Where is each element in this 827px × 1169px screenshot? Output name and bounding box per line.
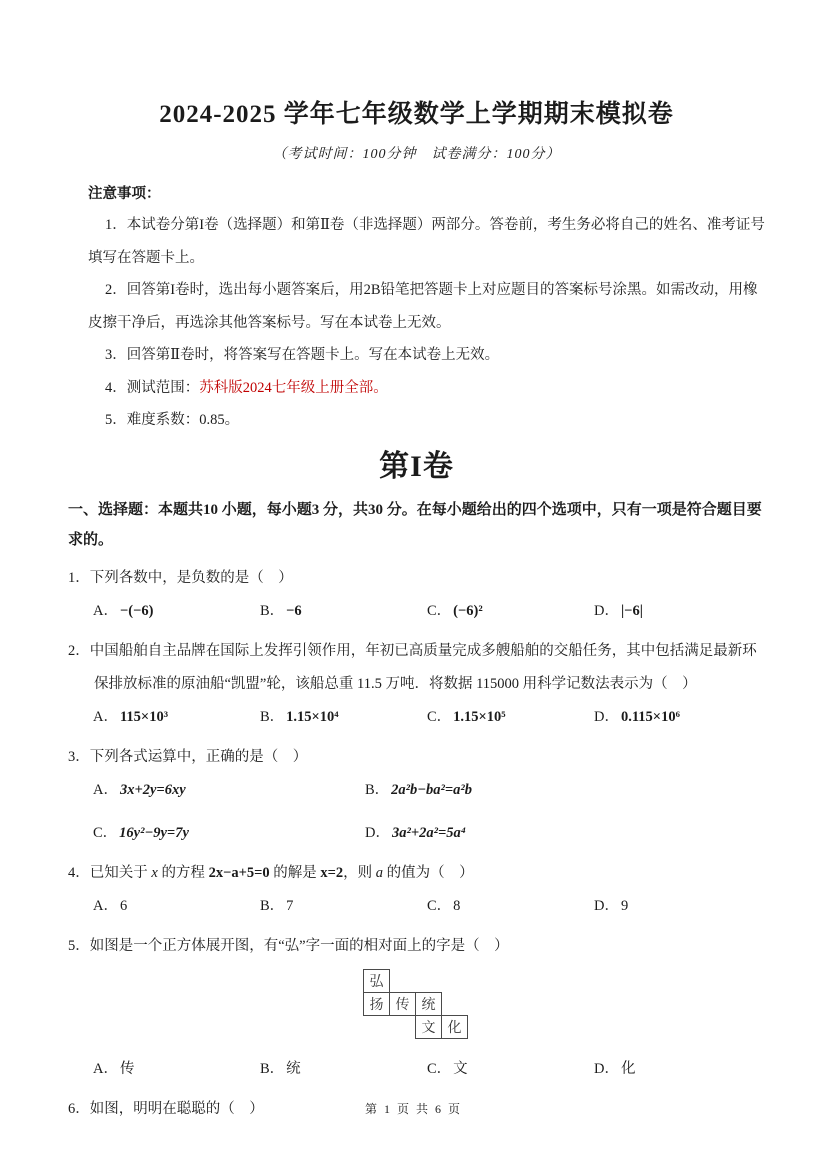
page-title: 2024-2025 学年七年级数学上学期期末模拟卷 bbox=[68, 98, 765, 132]
question-3-option-b: B．2a²b−ba²=a²b bbox=[365, 774, 765, 807]
cube-net-cell: 统 bbox=[415, 992, 442, 1016]
question-5-number: 5． bbox=[68, 938, 90, 954]
question-1-option-a: A．−(−6) bbox=[93, 595, 260, 628]
question-1-text: 1．下列各数中，是负数的是（ ） bbox=[68, 562, 765, 595]
question-1-number: 1． bbox=[68, 570, 90, 586]
exam-time-score-info: （考试时间：100分钟 试卷满分：100分） bbox=[68, 143, 765, 163]
question-5-option-b: B．统 bbox=[260, 1053, 427, 1086]
question-1-option-c: C．(−6)² bbox=[427, 595, 594, 628]
part1-heading: 第I卷 bbox=[68, 447, 765, 487]
notice-section: 注意事项： 1．本试卷分第I卷（选择题）和第Ⅱ卷（非选择题）两部分。答卷前，考生… bbox=[88, 179, 765, 437]
question-3-options: A．3x+2y=6xy B．2a²b−ba²=a²b C．16y²−9y=7y … bbox=[93, 774, 765, 850]
question-5-text: 5．如图是一个正方体展开图，有“弘”字一面的相对面上的字是（ ） bbox=[68, 930, 765, 963]
notice-heading: 注意事项： bbox=[88, 179, 765, 209]
question-1: 1．下列各数中，是负数的是（ ） A．−(−6) B．−6 C．(−6)² D．… bbox=[68, 562, 765, 628]
page-footer: 第 1 页 共 6 页 bbox=[0, 1100, 827, 1117]
question-3-option-a: A．3x+2y=6xy bbox=[93, 774, 365, 807]
question-2-number: 2． bbox=[68, 643, 90, 659]
question-2-options: A．115×10³ B．1.15×10⁴ C．1.15×10⁵ D．0.115×… bbox=[93, 701, 765, 734]
question-4-options: A．6 B．7 C．8 D．9 bbox=[93, 890, 765, 923]
notice-item-4-prefix: 4．测试范围： bbox=[105, 380, 199, 396]
question-3-number: 3． bbox=[68, 749, 90, 765]
question-2-option-c: C．1.15×10⁵ bbox=[427, 701, 594, 734]
cube-net-cell: 传 bbox=[389, 992, 416, 1016]
section1-intro: 一、选择题：本题共10 小题，每小题3 分，共30 分。在每小题给出的四个选项中… bbox=[68, 495, 765, 555]
cube-net-cell: 化 bbox=[441, 1015, 468, 1039]
question-4-option-b: B．7 bbox=[260, 890, 427, 923]
cube-net-cell: 扬 bbox=[363, 992, 390, 1016]
question-1-options: A．−(−6) B．−6 C．(−6)² D．|−6| bbox=[93, 595, 765, 628]
notice-item-1: 1．本试卷分第I卷（选择题）和第Ⅱ卷（非选择题）两部分。答卷前，考生务必将自己的… bbox=[88, 209, 765, 274]
question-2-option-a: A．115×10³ bbox=[93, 701, 260, 734]
question-5: 5．如图是一个正方体展开图，有“弘”字一面的相对面上的字是（ ） 弘 扬 传 统… bbox=[68, 930, 765, 1086]
question-2-text: 2．中国船舶自主品牌在国际上发挥引领作用，年初已高质量完成多艘船舶的交船任务，其… bbox=[68, 635, 765, 701]
question-2-option-d: D．0.115×10⁶ bbox=[594, 701, 765, 734]
question-4-number: 4． bbox=[68, 865, 90, 881]
question-5-option-c: C．文 bbox=[427, 1053, 594, 1086]
notice-item-5: 5．难度系数：0.85。 bbox=[88, 404, 765, 437]
question-1-option-b: B．−6 bbox=[260, 595, 427, 628]
notice-item-2: 2．回答第I卷时，选出每小题答案后，用2B铅笔把答题卡上对应题目的答案标号涂黑。… bbox=[88, 274, 765, 339]
question-4-option-c: C．8 bbox=[427, 890, 594, 923]
notice-item-4: 4．测试范围：苏科版2024七年级上册全部。 bbox=[88, 372, 765, 405]
question-3-text: 3．下列各式运算中，正确的是（ ） bbox=[68, 741, 765, 774]
cube-net-cell: 文 bbox=[415, 1015, 442, 1039]
question-2-option-b: B．1.15×10⁴ bbox=[260, 701, 427, 734]
question-4-option-d: D．9 bbox=[594, 890, 765, 923]
question-3-option-c: C．16y²−9y=7y bbox=[93, 817, 365, 850]
question-3: 3．下列各式运算中，正确的是（ ） A．3x+2y=6xy B．2a²b−ba²… bbox=[68, 741, 765, 850]
question-5-options: A．传 B．统 C．文 D．化 bbox=[93, 1053, 765, 1086]
question-4-text: 4．已知关于 x 的方程 2x−a+5=0 的解是 x=2，则 a 的值为（ ） bbox=[68, 857, 765, 890]
notice-item-3: 3．回答第Ⅱ卷时，将答案写在答题卡上。写在本试卷上无效。 bbox=[88, 339, 765, 372]
question-4: 4．已知关于 x 的方程 2x−a+5=0 的解是 x=2，则 a 的值为（ ）… bbox=[68, 857, 765, 923]
question-5-option-a: A．传 bbox=[93, 1053, 260, 1086]
question-2: 2．中国船舶自主品牌在国际上发挥引领作用，年初已高质量完成多艘船舶的交船任务，其… bbox=[68, 635, 765, 734]
question-3-option-d: D．3a²+2a²=5a⁴ bbox=[365, 817, 765, 850]
question-5-option-d: D．化 bbox=[594, 1053, 765, 1086]
cube-net-figure: 弘 扬 传 统 文 化 bbox=[363, 969, 475, 1041]
question-1-option-d: D．|−6| bbox=[594, 595, 765, 628]
question-4-option-a: A．6 bbox=[93, 890, 260, 923]
cube-net-cell: 弘 bbox=[363, 969, 390, 993]
exam-scope-highlight: 苏科版2024七年级上册全部。 bbox=[199, 380, 388, 396]
exam-paper-page: 2024-2025 学年七年级数学上学期期末模拟卷 （考试时间：100分钟 试卷… bbox=[0, 0, 827, 1169]
